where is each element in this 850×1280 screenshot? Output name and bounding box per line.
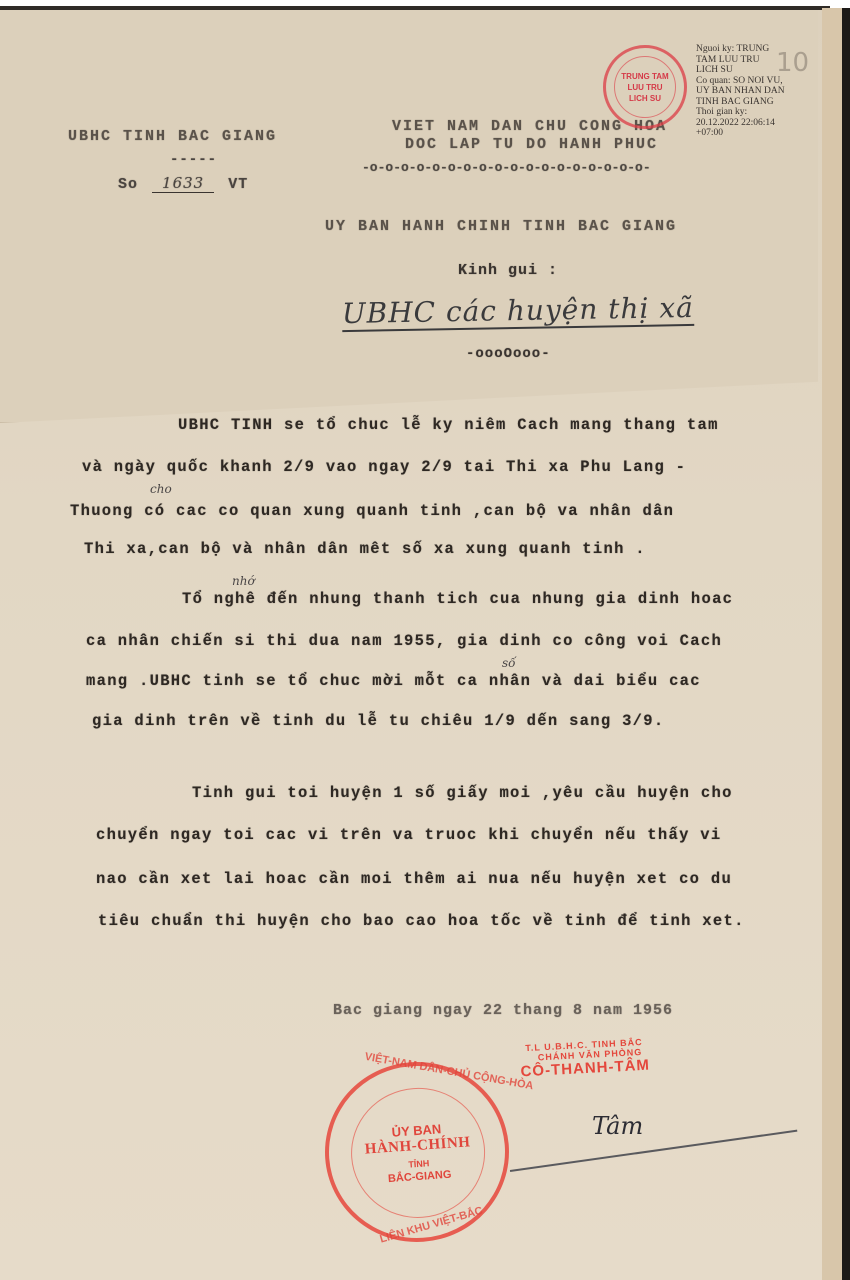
header-ornament: -o-o-o-o-o-o-o-o-o-o-o-o-o-o-o-o-o-o- xyxy=(362,160,651,175)
archive-stamp-line: LUU TRU xyxy=(627,82,662,93)
digital-sig-line: Co quan: SO NOI VU, xyxy=(696,76,806,87)
place-and-date: Bac giang ngay 22 thang 8 nam 1956 xyxy=(333,1002,673,1019)
digital-sig-line: 20.12.2022 22:06:14 xyxy=(696,118,806,129)
digital-sig-line: Nguoi ky: TRUNG xyxy=(696,44,806,55)
digital-signature-info: Nguoi ky: TRUNG TAM LUU TRU LICH SU Co q… xyxy=(696,44,806,139)
handwritten-signature: Tâm xyxy=(592,1112,643,1140)
digital-sig-line: +07:00 xyxy=(696,128,806,139)
salutation: Kinh gui : xyxy=(458,262,558,279)
archive-stamp-line: TRUNG TAM xyxy=(621,71,668,82)
body-line: mang .UBHC tinh se tổ chuc mời mỗt ca nh… xyxy=(86,672,701,690)
recipient-separator: -oooOooo- xyxy=(466,346,551,362)
body-line: Thuong có cac co quan xung quanh tinh ,c… xyxy=(70,502,674,520)
body-line: và ngày quốc khanh 2/9 vao ngay 2/9 tai … xyxy=(82,458,686,476)
seal-line: HÀNH-CHÍNH xyxy=(364,1134,471,1158)
digital-sig-line: TINH BAC GIANG xyxy=(696,97,806,108)
number-suffix: VT xyxy=(228,176,248,193)
digital-sig-line: Thoi gian ky: xyxy=(696,107,806,118)
body-line: nao cần xet lai hoac cần moi thêm ai nua… xyxy=(96,870,732,888)
margin-note: số xyxy=(502,656,516,670)
body-line: Tinh gui toi huyện 1 số giấy moi ,yêu cầ… xyxy=(192,784,733,802)
body-line: UBHC TINH se tổ chuc lễ ky niêm Cach man… xyxy=(178,416,719,434)
archive-stamp-inner: TRUNG TAM LUU TRU LICH SU xyxy=(614,56,676,118)
body-line: Tổ nghê đến nhung thanh tich cua nhung g… xyxy=(182,590,733,608)
issuing-agency: UBHC TINH BAC GIANG xyxy=(68,128,277,145)
seal-line: BẮC-GIANG xyxy=(388,1169,452,1185)
document-number: So 1633 VT xyxy=(118,174,248,193)
official-seal-center: ỦY BAN HÀNH-CHÍNH TỈNH BẮC-GIANG xyxy=(347,1083,490,1222)
digital-sig-line: LICH SU xyxy=(696,65,806,76)
body-line: ca nhân chiến si thi dua nam 1955, gia d… xyxy=(86,632,722,650)
number-handwritten: 1633 xyxy=(152,174,214,193)
seal-line: TỈNH xyxy=(408,1158,430,1169)
body-line: Thi xa,can bộ và nhân dân mêt số xa xung… xyxy=(84,540,646,558)
digital-sig-line: TAM LUU TRU xyxy=(696,55,806,66)
recipient-agency: UY BAN HANH CHINH TINH BAC GIANG xyxy=(325,218,677,235)
body-line: tiêu chuẩn thi huyện cho bao cao hoa tốc… xyxy=(98,912,745,930)
margin-note: nhớ xyxy=(232,574,255,588)
archive-stamp-line: LICH SU xyxy=(629,93,661,104)
body-line: gia dinh trên về tinh du lễ tu chiêu 1/9… xyxy=(92,712,664,730)
scan-right-shadow xyxy=(842,8,850,1280)
archive-stamp: TRUNG TAM LUU TRU LICH SU xyxy=(603,45,687,129)
digital-sig-line: UY BAN NHAN DAN xyxy=(696,86,806,97)
national-motto: DOC LAP TU DO HANH PHUC xyxy=(405,136,658,153)
signer-title-stamp: T.L U.B.H.C. TINH BẮC CHÁNH VĂN PHÒNG CÔ… xyxy=(519,1037,650,1081)
agency-rule: ----- xyxy=(170,152,217,168)
margin-note: cho xyxy=(150,482,172,496)
handwritten-recipient: UBHC các huyện thị xã xyxy=(342,292,694,332)
number-prefix: So xyxy=(118,176,138,193)
body-line: chuyển ngay toi cac vi trên va truoc khi… xyxy=(96,826,722,844)
